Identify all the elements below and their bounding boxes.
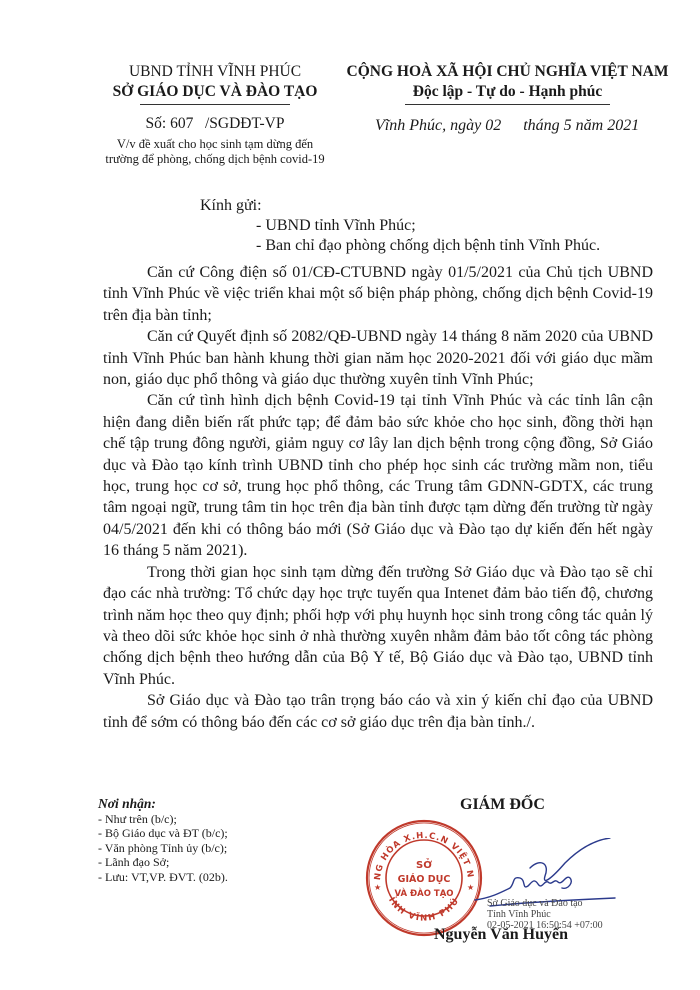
svg-text:GIÁO DỤC: GIÁO DỤC: [398, 873, 451, 885]
nation-name: CỘNG HOÀ XÃ HỘI CHỦ NGHĨA VIỆT NAM: [335, 62, 680, 82]
header-divider: [140, 104, 290, 105]
place-date-part-1: Vĩnh Phúc, ngày 02: [375, 117, 501, 134]
distribution-item: - Văn phòng Tỉnh ủy (b/c);: [98, 841, 328, 856]
recipient-item: - UBND tỉnh Vĩnh Phúc;: [200, 216, 600, 236]
motto-divider: [405, 104, 610, 105]
body-paragraph: Sở Giáo dục và Đào tạo trân trọng báo cá…: [103, 690, 653, 733]
document-number: Số: 607 /SGDĐT-VP: [80, 115, 350, 133]
recipient-item: - Ban chỉ đạo phòng chống dịch bệnh tỉnh…: [200, 236, 600, 256]
document-subject: V/v đề xuất cho học sinh tạm dừng đến tr…: [80, 137, 350, 167]
svg-text:CỘNG HÒA X.H.C.N VIỆT NAM: CỘNG HÒA X.H.C.N VIỆT NAM: [364, 818, 475, 881]
distribution-title: Nơi nhận:: [98, 797, 328, 812]
body-paragraph: Trong thời gian học sinh tạm dừng đến tr…: [103, 562, 653, 690]
body-paragraph: Căn cứ Quyết định số 2082/QĐ-UBND ngày 1…: [103, 326, 653, 390]
issuing-authority-header: UBND TỈNH VĨNH PHÚC SỞ GIÁO DỤC VÀ ĐÀO T…: [80, 62, 350, 167]
subject-line-2: trường để phòng, chống dịch bệnh covid-1…: [80, 152, 350, 167]
authority-name: UBND TỈNH VĨNH PHÚC: [80, 62, 350, 82]
signer-position: GIÁM ĐỐC: [460, 796, 545, 814]
subject-line-1: V/v đề xuất cho học sinh tạm dừng đến: [80, 137, 350, 152]
esign-line: Tỉnh Vĩnh Phúc: [487, 909, 603, 920]
esign-line: Sở Giáo dục và Đào tạo: [487, 898, 603, 909]
department-name: SỞ GIÁO DỤC VÀ ĐÀO TẠO: [80, 82, 350, 102]
national-motto: Độc lập - Tự do - Hạnh phúc: [335, 82, 680, 102]
distribution-item: - Lãnh đạo Sở;: [98, 855, 328, 870]
svg-text:★: ★: [374, 883, 381, 892]
national-header: CỘNG HOÀ XÃ HỘI CHỦ NGHĨA VIỆT NAM Độc l…: [335, 62, 680, 135]
place-and-date: Vĩnh Phúc, ngày 02tháng 5 năm 2021: [375, 117, 680, 135]
body-paragraph: Căn cứ tình hình dịch bệnh Covid-19 tại …: [103, 390, 653, 561]
recipients-label: Kính gửi:: [200, 196, 600, 216]
distribution-list: Nơi nhận: - Như trên (b/c); - Bộ Giáo dụ…: [98, 797, 328, 884]
svg-text:VÀ ĐÀO TẠO: VÀ ĐÀO TẠO: [394, 887, 453, 899]
document-body: Căn cứ Công điện số 01/CĐ-CTUBND ngày 01…: [103, 262, 653, 733]
signer-name: Nguyễn Văn Huyến: [434, 926, 568, 944]
official-seal-icon: CỘNG HÒA X.H.C.N VIỆT NAM TỈNH VĨNH PHÚC…: [364, 818, 484, 938]
distribution-item: - Lưu: VT,VP. ĐVT. (02b).: [98, 870, 328, 885]
body-paragraph: Căn cứ Công điện số 01/CĐ-CTUBND ngày 01…: [103, 262, 653, 326]
distribution-item: - Như trên (b/c);: [98, 812, 328, 827]
place-date-part-2: tháng 5 năm 2021: [523, 117, 639, 134]
distribution-item: - Bộ Giáo dục và ĐT (b/c);: [98, 826, 328, 841]
recipients-block: Kính gửi: - UBND tỉnh Vĩnh Phúc; - Ban c…: [200, 196, 600, 256]
svg-text:SỞ: SỞ: [416, 857, 432, 871]
